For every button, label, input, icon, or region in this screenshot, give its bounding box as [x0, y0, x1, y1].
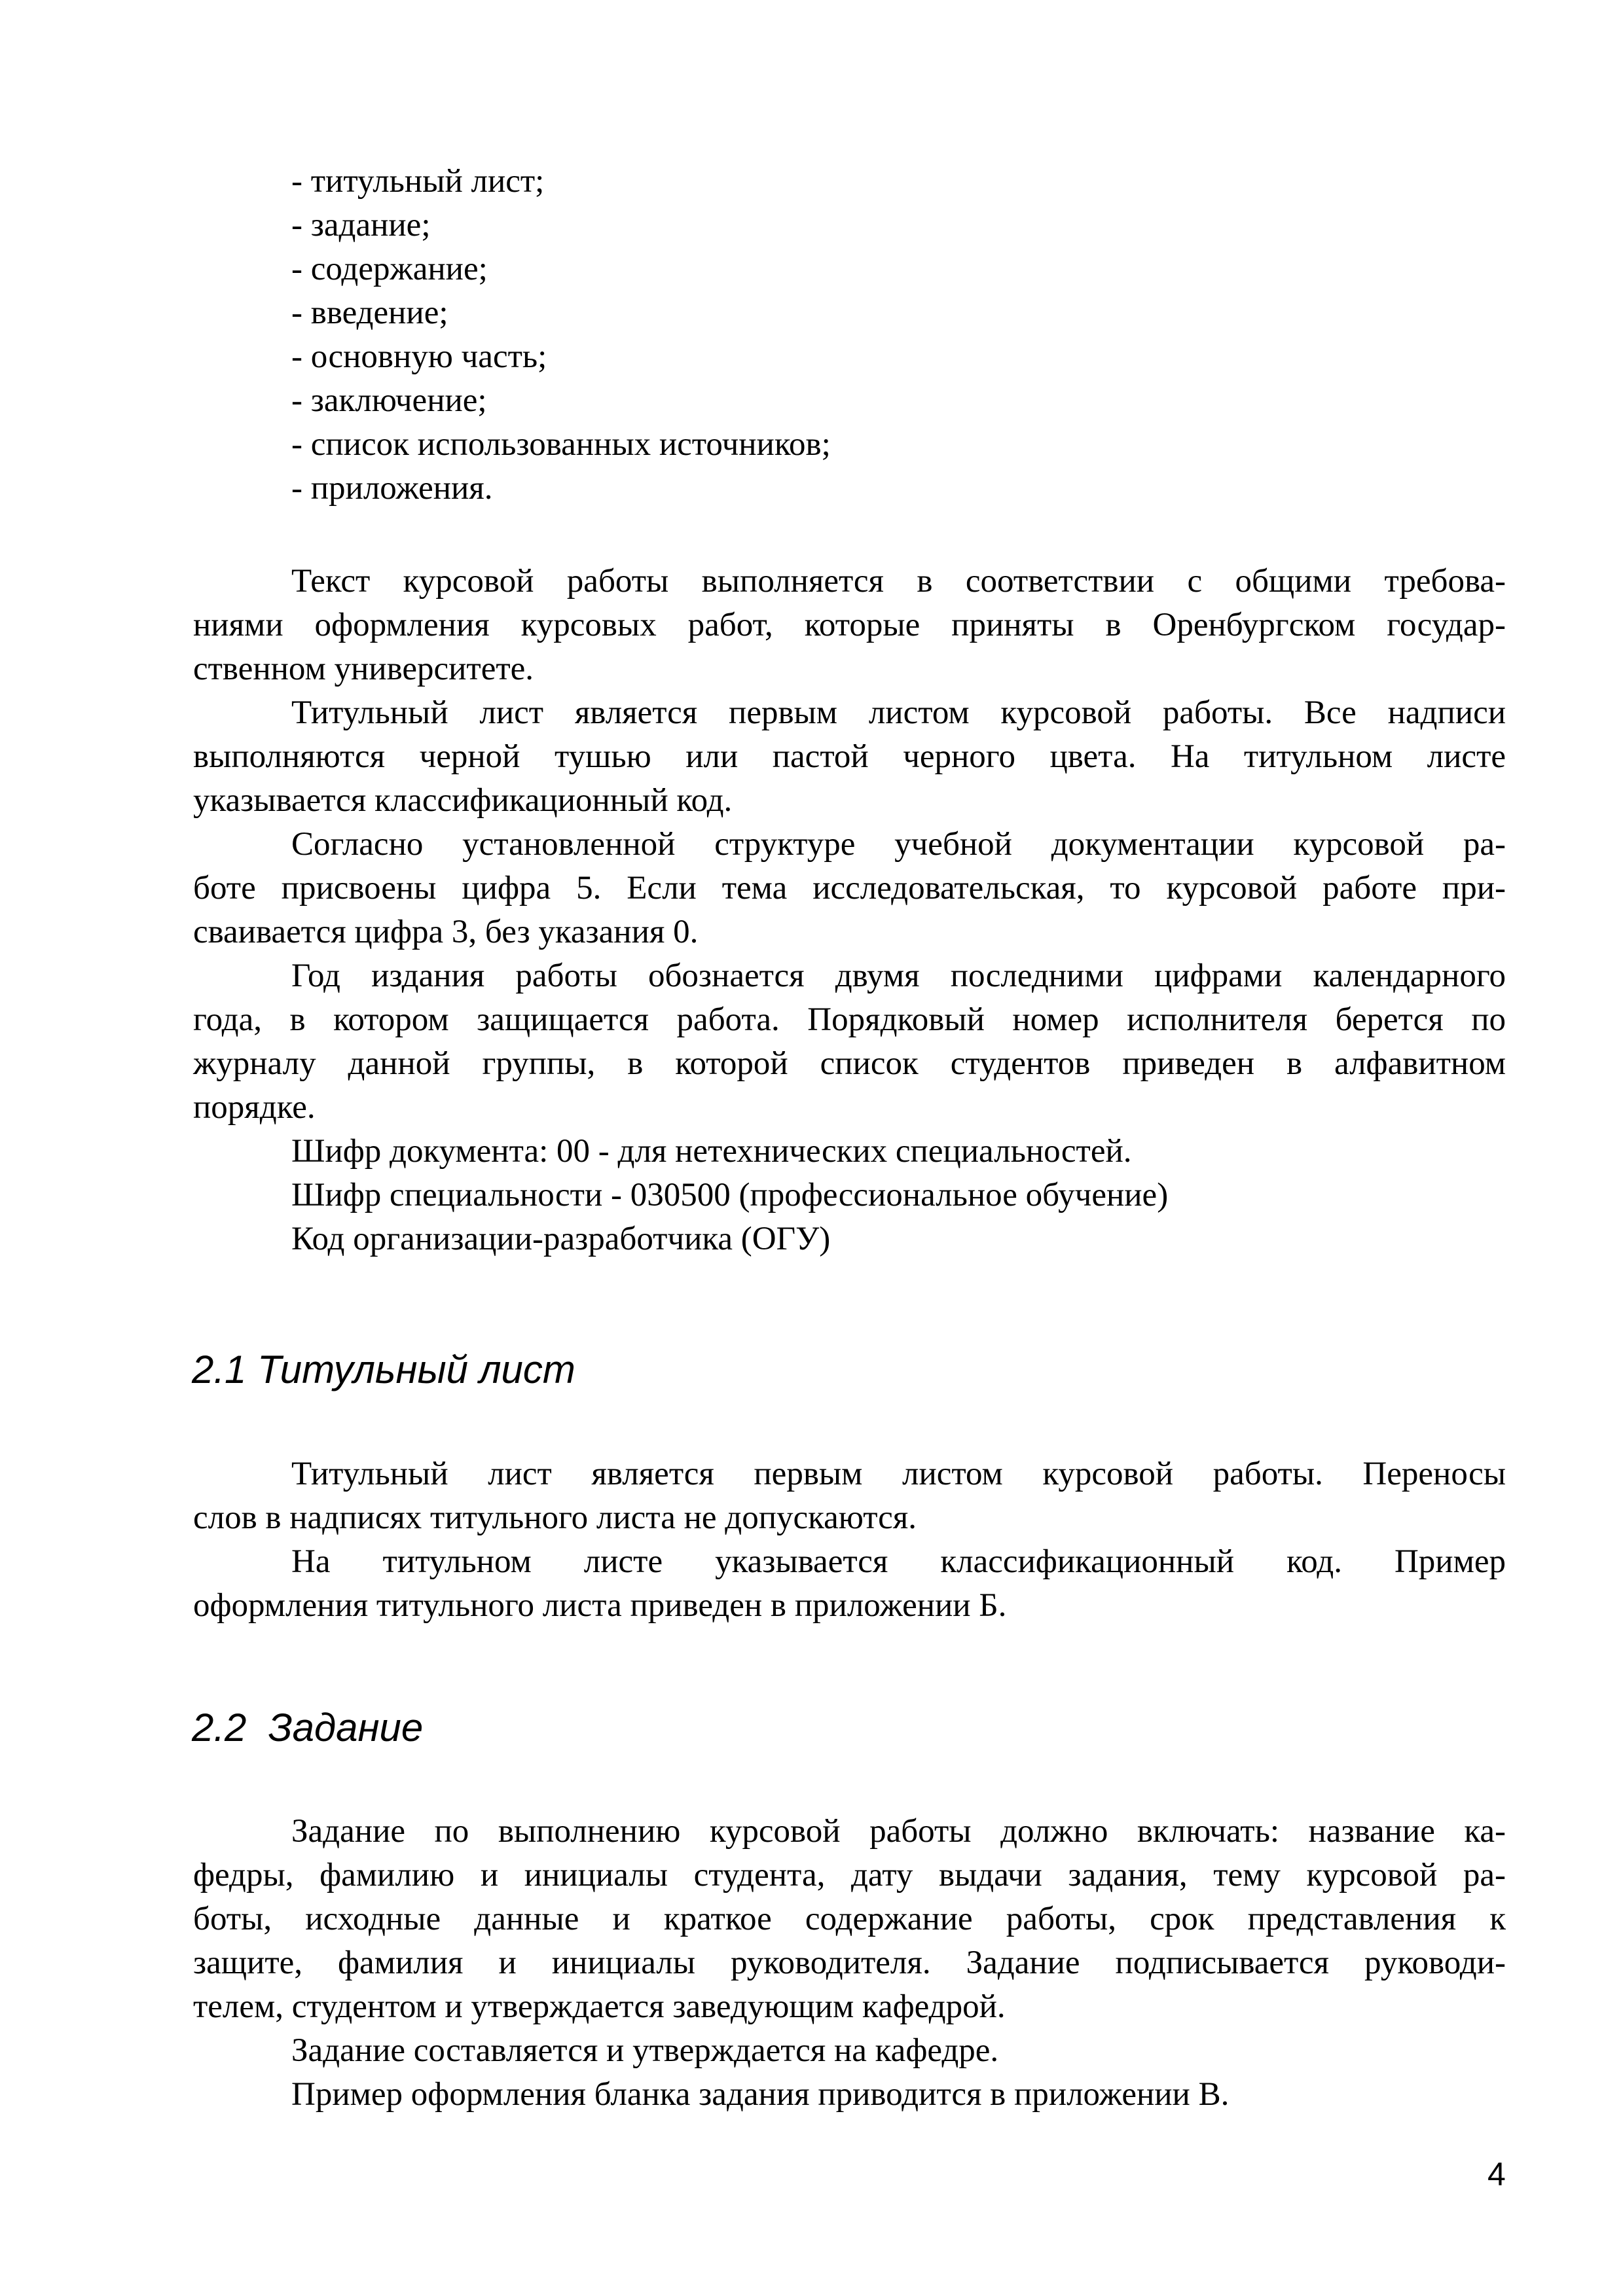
- paragraph-line: Задание по выполнению курсовой работы до…: [291, 1812, 1506, 1851]
- paragraph-line: выполняются черной тушью или пастой черн…: [193, 737, 1506, 776]
- list-item: - основную часть;: [291, 337, 547, 376]
- document-cipher-line: Шифр документа: 00 - для нетехнических с…: [291, 1132, 1132, 1171]
- paragraph-line: сваивается цифра 3, без указания 0.: [193, 912, 698, 952]
- paragraph-line: журналу данной группы, в которой список …: [193, 1044, 1506, 1083]
- list-item: - заключение;: [291, 381, 487, 420]
- paragraph-line: защите, фамилия и инициалы руководителя.…: [193, 1943, 1506, 1982]
- paragraph-line: года, в котором защищается работа. Поряд…: [193, 1000, 1506, 1039]
- paragraph-line: ственном университете.: [193, 649, 534, 689]
- paragraph-line: указывается классификационный код.: [193, 781, 732, 820]
- paragraph-line: федры, фамилию и инициалы студента, дату…: [193, 1856, 1506, 1895]
- paragraph-line: Согласно установленной структуре учебной…: [291, 825, 1506, 864]
- developer-code-line: Код организации-разработчика (ОГУ): [291, 1219, 830, 1259]
- list-item: - список использованных источников;: [291, 425, 831, 464]
- assignment-approval-line: Задание составляется и утверждается на к…: [291, 2031, 998, 2070]
- paragraph-line: слов в надписях титульного листа не допу…: [193, 1498, 917, 1537]
- paragraph-line: оформления титульного листа приведен в п…: [193, 1586, 1006, 1625]
- document-page: - титульный лист; - задание; - содержани…: [0, 0, 1623, 2296]
- paragraph-line: ниями оформления курсовых работ, которые…: [193, 605, 1506, 645]
- paragraph-line: Текст курсовой работы выполняется в соот…: [291, 562, 1506, 601]
- specialty-cipher-line: Шифр специальности - 030500 (профессиона…: [291, 1175, 1168, 1215]
- list-item: - титульный лист;: [291, 162, 544, 201]
- section-heading-2-2: 2.2 Задание: [192, 1705, 423, 1751]
- paragraph-line: телем, студентом и утверждается заведующ…: [193, 1987, 1006, 2026]
- paragraph-line: порядке.: [193, 1088, 316, 1127]
- page-number: 4: [1487, 2155, 1506, 2194]
- list-item: - введение;: [291, 293, 448, 332]
- paragraph-line: На титульном листе указывается классифик…: [291, 1542, 1506, 1581]
- paragraph-line: Титульный лист является первым листом ку…: [291, 693, 1506, 732]
- list-item: - задание;: [291, 206, 431, 245]
- paragraph-line: боте присвоены цифра 5. Если тема исслед…: [193, 869, 1506, 908]
- paragraph-line: Год издания работы обознается двумя посл…: [291, 956, 1506, 996]
- section-heading-2-1: 2.1 Титульный лист: [192, 1347, 575, 1393]
- list-item: - приложения.: [291, 469, 493, 508]
- list-item: - содержание;: [291, 249, 488, 289]
- assignment-example-line: Пример оформления бланка задания приводи…: [291, 2075, 1229, 2114]
- paragraph-line: Титульный лист является первым листом ку…: [291, 1454, 1506, 1494]
- paragraph-line: боты, исходные данные и краткое содержан…: [193, 1899, 1506, 1939]
